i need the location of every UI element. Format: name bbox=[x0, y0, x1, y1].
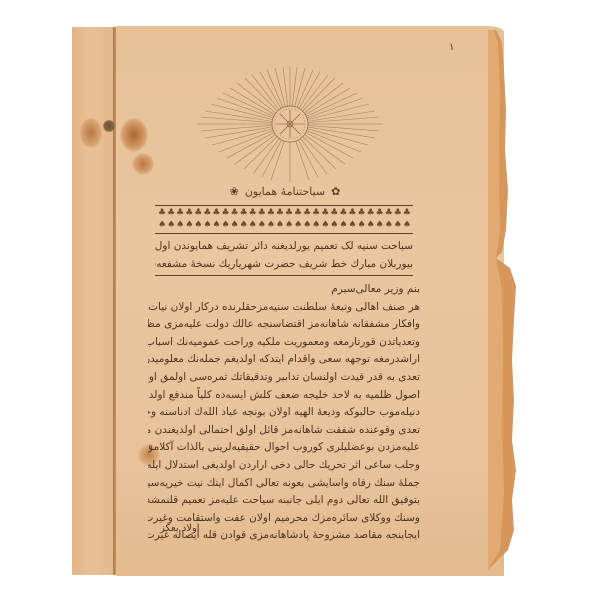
title-ornament-left: ❀ bbox=[230, 185, 239, 198]
torn-page-edge bbox=[488, 30, 520, 570]
body-line: وتعدیاتدن قورتارمغه ومعموریت ملكیه وراحت… bbox=[148, 334, 420, 352]
sunburst-ornament bbox=[195, 66, 385, 186]
book-spine bbox=[113, 27, 116, 575]
body-text: بنم وزیر معالی‌سیرم هر صنف اهالی وتبعهٔ … bbox=[148, 281, 420, 545]
stain-3 bbox=[132, 153, 154, 175]
body-line: جملهٔ سنك رفاه واسایشی بعونه تعالی اکمال… bbox=[148, 475, 420, 493]
rule-middle bbox=[155, 233, 413, 234]
title-ornament-right: ✿ bbox=[331, 185, 340, 198]
rule-top bbox=[155, 205, 413, 206]
body-line: تعدی وقوعنده شفقت شاهانه‌مز قائل اولق اح… bbox=[148, 422, 420, 440]
body-line: تعدی به قدر قیدت اولنسان تدابیر وتدقیقات… bbox=[148, 369, 420, 387]
body-line: اصول ظلمیه به لاحد خلیجه ضعف كلش ایسه‌ده… bbox=[148, 387, 420, 405]
page-number: ١ bbox=[449, 42, 454, 53]
left-page-margin bbox=[72, 27, 116, 575]
border-row-bottom: ♠♠♠♠♠♠♠♠♠♠♠♠♠♠♠♠♠♠♠♠♠♠♠♠♠♠♠♠ bbox=[158, 220, 412, 230]
body-line: علیه‌مزدن بوعضلیلری كوروب احوال حقیقیه‌ل… bbox=[148, 439, 420, 457]
body-line: هر صنف اهالی وتبعهٔ سلطنت سنیه‌مزحقلرنده… bbox=[148, 299, 420, 317]
body-line: وجلب ساعی اثر تحریك حالی دخی اراردن اولد… bbox=[148, 457, 420, 475]
stain-1 bbox=[80, 118, 102, 148]
body-line: اراشدرمغه توجهه سعی واقدام ایتدكه اولدیغ… bbox=[148, 351, 420, 369]
stain-2 bbox=[120, 118, 148, 152]
body-line: دنیله‌موب حالبوكه ودیعهٔ الهیه اولان بون… bbox=[148, 404, 420, 422]
intro-line: بیوربلان مبارك خط شریف حضرت شهریاریك نسخ… bbox=[155, 256, 413, 274]
body-line: بنم وزیر معالی‌سیرم bbox=[148, 281, 420, 299]
document-title: ✿ سیاحتنامهٔ همایون ❀ bbox=[150, 183, 420, 199]
rule-bottom bbox=[155, 275, 413, 276]
stain-5 bbox=[103, 120, 115, 132]
intro-paragraph: سیاحت سنیه لک تعمیم یورلدیغنه دائر تشریف… bbox=[155, 238, 413, 273]
document-photo: ١ ✿ سیاحتنامه bbox=[0, 0, 600, 600]
body-line: بتوفیق الله تعالی دوم ایلی جانبنه سیاحت … bbox=[148, 492, 420, 510]
ornamental-border: ♣♣♣♣♣♣♣♣♣♣♣♣♣♣♣♣♣♣♣♣♣♣♣♣♣♣♣♣ ♠♠♠♠♠♠♠♠♠♠♠… bbox=[158, 208, 412, 230]
body-line: وافكار مشفقانه شاهانه‌مز اقتضاسنجه عالك … bbox=[148, 316, 420, 334]
closing-signature: اولاد بعكز bbox=[160, 523, 200, 534]
border-row-top: ♣♣♣♣♣♣♣♣♣♣♣♣♣♣♣♣♣♣♣♣♣♣♣♣♣♣♣♣ bbox=[158, 208, 412, 218]
title-text: سیاحتنامهٔ همایون bbox=[245, 185, 325, 198]
intro-line: سیاحت سنیه لک تعمیم یورلدیغنه دائر تشریف… bbox=[155, 238, 413, 256]
